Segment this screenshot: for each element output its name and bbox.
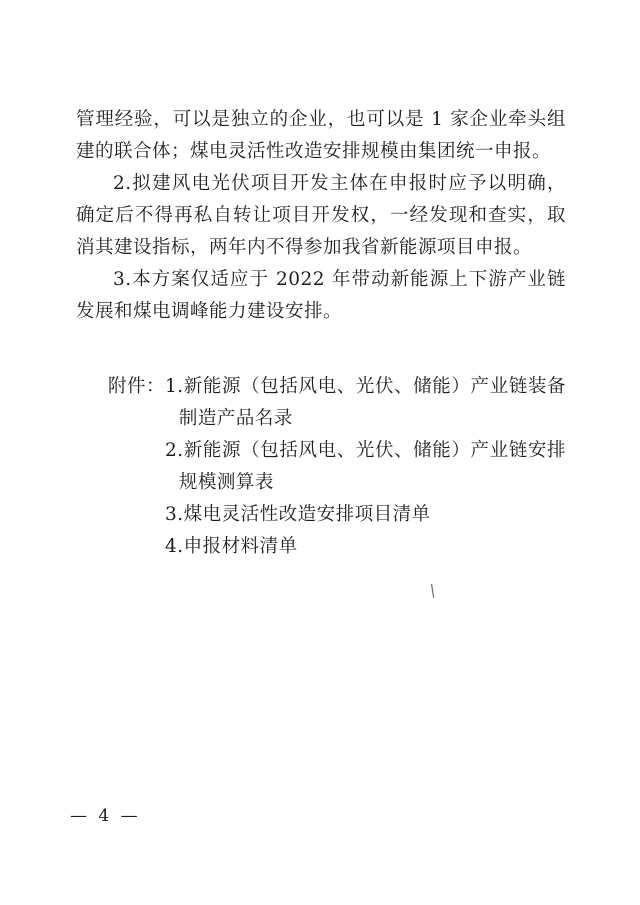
scan-artifact-mark: \ [429, 581, 437, 601]
attachment-item-4: 4.申报材料清单 [165, 531, 566, 563]
attachment-item-1: 1.新能源（包括风电、光伏、储能）产业链装备制造产品名录 [165, 371, 566, 435]
attachment-item-2: 2.新能源（包括风电、光伏、储能）产业链安排规模测算表 [165, 435, 566, 499]
attachments-block: 附件： 1.新能源（包括风电、光伏、储能）产业链装备制造产品名录 2.新能源（包… [76, 371, 566, 563]
paragraph-item-3: 3.本方案仅适应于 2022 年带动新能源上下游产业链发展和煤电调峰能力建设安排… [76, 264, 566, 328]
document-page: 管理经验，可以是独立的企业，也可以是 1 家企业牵头组建的联合体；煤电灵活性改造… [0, 0, 640, 905]
attachments-label: 附件： [108, 371, 165, 403]
page-number: — 4 — [70, 806, 141, 826]
attachments-list: 1.新能源（包括风电、光伏、储能）产业链装备制造产品名录 2.新能源（包括风电、… [165, 371, 566, 563]
paragraph-continuation: 管理经验，可以是独立的企业，也可以是 1 家企业牵头组建的联合体；煤电灵活性改造… [76, 104, 566, 168]
paragraph-item-2: 2.拟建风电光伏项目开发主体在申报时应予以明确，确定后不得再私自转让项目开发权，… [76, 168, 566, 264]
attachment-item-3: 3.煤电灵活性改造安排项目清单 [165, 499, 566, 531]
document-content: 管理经验，可以是独立的企业，也可以是 1 家企业牵头组建的联合体；煤电灵活性改造… [76, 104, 566, 563]
